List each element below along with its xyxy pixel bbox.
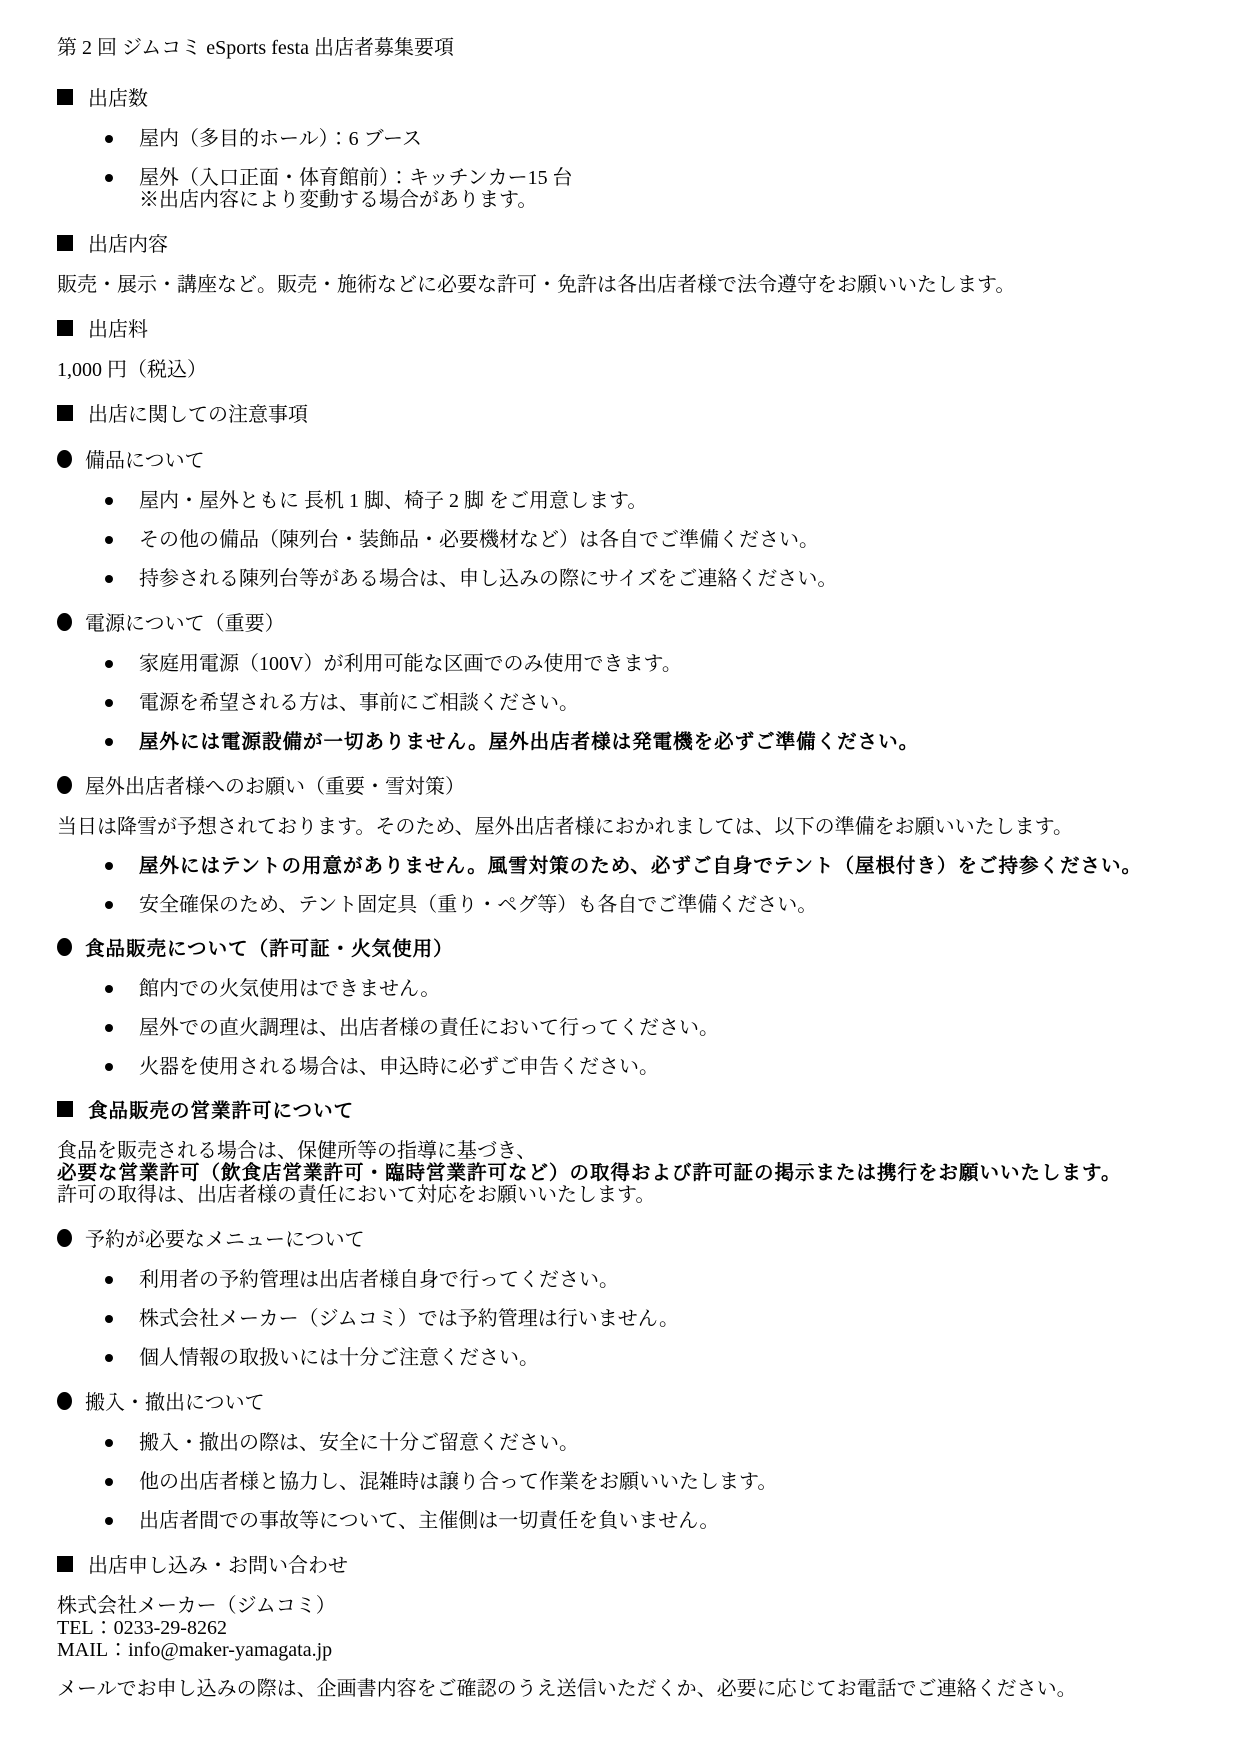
text-line: 屋外にはテントの用意がありません。風雪対策のため、必ずご自身でテント（屋根付き）… bbox=[139, 855, 1153, 877]
heading-text: 出店申し込み・お問い合わせ bbox=[88, 1549, 348, 1578]
bullet-dot-icon bbox=[105, 660, 113, 668]
bullet-item: 個人情報の取扱いには十分ご注意ください。 bbox=[105, 1347, 1153, 1369]
bullet-dot-icon bbox=[105, 985, 113, 993]
bullet-item: 屋外には電源設備が一切ありません。屋外出店者様は発電機を必ずご準備ください。 bbox=[105, 731, 1153, 753]
text-lines: 屋外にはテントの用意がありません。風雪対策のため、必ずご自身でテント（屋根付き）… bbox=[139, 855, 1153, 877]
bullet-item: 屋外での直火調理は、出店者様の責任において行ってください。 bbox=[105, 1017, 1153, 1039]
bullet-item: 屋内・屋外ともに 長机 1 脚、椅子 2 脚 をご用意します。 bbox=[105, 490, 1153, 512]
text-lines: 株式会社メーカー（ジムコミ）では予約管理は行いません。 bbox=[139, 1308, 1153, 1330]
bullet-item: 利用者の予約管理は出店者様自身で行ってください。 bbox=[105, 1269, 1153, 1291]
text-line: 出店者間での事故等について、主催側は一切責任を負いません。 bbox=[139, 1510, 1153, 1532]
section-heading: 電源について（重要） bbox=[57, 607, 1153, 636]
text-line: 株式会社メーカー（ジムコミ）では予約管理は行いません。 bbox=[139, 1308, 1153, 1330]
text-lines: 搬入・撤出の際は、安全に十分ご留意ください。 bbox=[139, 1432, 1153, 1454]
circle-marker-icon bbox=[57, 450, 72, 468]
bullet-dot-icon bbox=[105, 738, 113, 746]
bullet-item: 火器を使用される場合は、申込時に必ずご申告ください。 bbox=[105, 1056, 1153, 1078]
text-lines: 安全確保のため、テント固定具（重り・ペグ等）も各自でご準備ください。 bbox=[139, 894, 1153, 916]
text-line: 電源を希望される方は、事前にご相談ください。 bbox=[139, 692, 1153, 714]
text-lines: 館内での火気使用はできません。 bbox=[139, 978, 1153, 1000]
text-line: 1,000 円（税込） bbox=[57, 359, 1153, 381]
heading-text: 電源について（重要） bbox=[85, 607, 285, 636]
paragraph: 当日は降雪が予想されております。そのため、屋外出店者様におかれましては、以下の準… bbox=[57, 816, 1153, 838]
text-line: 屋外での直火調理は、出店者様の責任において行ってください。 bbox=[139, 1017, 1153, 1039]
heading-text: 予約が必要なメニューについて bbox=[85, 1223, 365, 1252]
text-lines: メールでお申し込みの際は、企画書内容をご確認のうえ送信いただくか、必要に応じてお… bbox=[57, 1678, 1153, 1700]
document-page: 第 2 回 ジムコミ eSports festa 出店者募集要項 出店数屋内（多… bbox=[0, 0, 1241, 1755]
text-lines: 火器を使用される場合は、申込時に必ずご申告ください。 bbox=[139, 1056, 1153, 1078]
text-lines: 屋外には電源設備が一切ありません。屋外出店者様は発電機を必ずご準備ください。 bbox=[139, 731, 1153, 753]
bullet-item: 株式会社メーカー（ジムコミ）では予約管理は行いません。 bbox=[105, 1308, 1153, 1330]
square-marker-icon bbox=[57, 405, 73, 421]
circle-marker-icon bbox=[57, 776, 72, 794]
heading-text: 食品販売の営業許可について bbox=[88, 1095, 354, 1123]
text-line: メールでお申し込みの際は、企画書内容をご確認のうえ送信いただくか、必要に応じてお… bbox=[57, 1678, 1153, 1700]
text-line: 必要な営業許可（飲食店営業許可・臨時営業許可など）の取得および許可証の掲示または… bbox=[57, 1162, 1153, 1184]
text-line: 館内での火気使用はできません。 bbox=[139, 978, 1153, 1000]
text-line: 火器を使用される場合は、申込時に必ずご申告ください。 bbox=[139, 1056, 1153, 1078]
bullet-dot-icon bbox=[105, 497, 113, 505]
circle-marker-icon bbox=[57, 613, 72, 631]
bullet-item: 屋内（多目的ホール）：6 ブース bbox=[105, 128, 1153, 150]
bullet-item: 他の出店者様と協力し、混雑時は譲り合って作業をお願いいたします。 bbox=[105, 1471, 1153, 1493]
bullet-item: 屋外にはテントの用意がありません。風雪対策のため、必ずご自身でテント（屋根付き）… bbox=[105, 855, 1153, 877]
heading-text: 出店数 bbox=[88, 82, 148, 111]
bullet-dot-icon bbox=[105, 536, 113, 544]
bullet-item: 搬入・撤出の際は、安全に十分ご留意ください。 bbox=[105, 1432, 1153, 1454]
text-lines: 1,000 円（税込） bbox=[57, 359, 1153, 381]
text-line: 許可の取得は、出店者様の責任において対応をお願いいたします。 bbox=[57, 1184, 1153, 1206]
text-line: 食品を販売される場合は、保健所等の指導に基づき、 bbox=[57, 1140, 1153, 1162]
text-line: 当日は降雪が予想されております。そのため、屋外出店者様におかれましては、以下の準… bbox=[57, 816, 1153, 838]
paragraph: メールでお申し込みの際は、企画書内容をご確認のうえ送信いただくか、必要に応じてお… bbox=[57, 1678, 1153, 1700]
section-heading: 出店数 bbox=[57, 82, 1153, 111]
text-lines: 屋内（多目的ホール）：6 ブース bbox=[139, 128, 1153, 150]
paragraph: 1,000 円（税込） bbox=[57, 359, 1153, 381]
text-line: 屋内・屋外ともに 長机 1 脚、椅子 2 脚 をご用意します。 bbox=[139, 490, 1153, 512]
text-line: MAIL：info@maker-yamagata.jp bbox=[57, 1639, 1153, 1661]
circle-marker-icon bbox=[57, 938, 72, 956]
circle-marker-icon bbox=[57, 1392, 72, 1410]
text-lines: 持参される陳列台等がある場合は、申し込みの際にサイズをご連絡ください。 bbox=[139, 568, 1153, 590]
text-line: その他の備品（陳列台・装飾品・必要機材など）は各自でご準備ください。 bbox=[139, 529, 1153, 551]
heading-text: 備品について bbox=[85, 444, 205, 473]
heading-text: 出店に関しての注意事項 bbox=[88, 398, 308, 427]
bullet-dot-icon bbox=[105, 1276, 113, 1284]
text-lines: 屋内・屋外ともに 長机 1 脚、椅子 2 脚 をご用意します。 bbox=[139, 490, 1153, 512]
text-lines: その他の備品（陳列台・装飾品・必要機材など）は各自でご準備ください。 bbox=[139, 529, 1153, 551]
square-marker-icon bbox=[57, 1101, 73, 1117]
text-line: 個人情報の取扱いには十分ご注意ください。 bbox=[139, 1347, 1153, 1369]
heading-text: 搬入・撤出について bbox=[85, 1386, 265, 1415]
paragraph: 食品を販売される場合は、保健所等の指導に基づき、必要な営業許可（飲食店営業許可・… bbox=[57, 1140, 1153, 1206]
section-heading: 出店内容 bbox=[57, 228, 1153, 257]
document-title: 第 2 回 ジムコミ eSports festa 出店者募集要項 bbox=[57, 36, 1153, 60]
bullet-dot-icon bbox=[105, 699, 113, 707]
paragraph: 株式会社メーカー（ジムコミ）TEL：0233-29-8262MAIL：info@… bbox=[57, 1595, 1153, 1661]
bullet-dot-icon bbox=[105, 575, 113, 583]
heading-text: 食品販売について（許可証・火気使用） bbox=[85, 933, 454, 961]
section-heading: 予約が必要なメニューについて bbox=[57, 1223, 1153, 1252]
heading-text: 屋外出店者様へのお願い（重要・雪対策） bbox=[85, 770, 465, 799]
text-line: 家庭用電源（100V）が利用可能な区画でのみ使用できます。 bbox=[139, 653, 1153, 675]
text-line: 利用者の予約管理は出店者様自身で行ってください。 bbox=[139, 1269, 1153, 1291]
bullet-dot-icon bbox=[105, 862, 113, 870]
section-heading: 出店料 bbox=[57, 313, 1153, 342]
square-marker-icon bbox=[57, 320, 73, 336]
text-line: 持参される陳列台等がある場合は、申し込みの際にサイズをご連絡ください。 bbox=[139, 568, 1153, 590]
bullet-item: 安全確保のため、テント固定具（重り・ペグ等）も各自でご準備ください。 bbox=[105, 894, 1153, 916]
document-body: 出店数屋内（多目的ホール）：6 ブース屋外（入口正面・体育館前）：キッチンカー1… bbox=[57, 82, 1153, 1700]
heading-text: 出店料 bbox=[88, 313, 148, 342]
text-lines: 出店者間での事故等について、主催側は一切責任を負いません。 bbox=[139, 1510, 1153, 1532]
text-line: 販売・展示・講座など。販売・施術などに必要な許可・免許は各出店者様で法令遵守をお… bbox=[57, 274, 1153, 296]
text-line: 株式会社メーカー（ジムコミ） bbox=[57, 1595, 1153, 1617]
text-line: ※出店内容により変動する場合があります。 bbox=[139, 189, 1153, 211]
text-lines: 販売・展示・講座など。販売・施術などに必要な許可・免許は各出店者様で法令遵守をお… bbox=[57, 274, 1153, 296]
bullet-dot-icon bbox=[105, 1024, 113, 1032]
section-heading: 食品販売について（許可証・火気使用） bbox=[57, 933, 1153, 961]
section-heading: 出店申し込み・お問い合わせ bbox=[57, 1549, 1153, 1578]
square-marker-icon bbox=[57, 1556, 73, 1572]
text-line: 安全確保のため、テント固定具（重り・ペグ等）も各自でご準備ください。 bbox=[139, 894, 1153, 916]
text-lines: 電源を希望される方は、事前にご相談ください。 bbox=[139, 692, 1153, 714]
section-heading: 搬入・撤出について bbox=[57, 1386, 1153, 1415]
bullet-item: 電源を希望される方は、事前にご相談ください。 bbox=[105, 692, 1153, 714]
text-lines: 当日は降雪が予想されております。そのため、屋外出店者様におかれましては、以下の準… bbox=[57, 816, 1153, 838]
bullet-dot-icon bbox=[105, 1063, 113, 1071]
bullet-item: その他の備品（陳列台・装飾品・必要機材など）は各自でご準備ください。 bbox=[105, 529, 1153, 551]
bullet-item: 出店者間での事故等について、主催側は一切責任を負いません。 bbox=[105, 1510, 1153, 1532]
text-lines: 株式会社メーカー（ジムコミ）TEL：0233-29-8262MAIL：info@… bbox=[57, 1595, 1153, 1661]
bullet-dot-icon bbox=[105, 1517, 113, 1525]
text-line: TEL：0233-29-8262 bbox=[57, 1617, 1153, 1639]
text-line: 屋外（入口正面・体育館前）：キッチンカー15 台 bbox=[139, 167, 1153, 189]
bullet-item: 屋外（入口正面・体育館前）：キッチンカー15 台※出店内容により変動する場合があ… bbox=[105, 167, 1153, 211]
bullet-dot-icon bbox=[105, 174, 113, 182]
text-lines: 他の出店者様と協力し、混雑時は譲り合って作業をお願いいたします。 bbox=[139, 1471, 1153, 1493]
bullet-item: 持参される陳列台等がある場合は、申し込みの際にサイズをご連絡ください。 bbox=[105, 568, 1153, 590]
text-line: 屋内（多目的ホール）：6 ブース bbox=[139, 128, 1153, 150]
bullet-dot-icon bbox=[105, 1478, 113, 1486]
bullet-dot-icon bbox=[105, 1315, 113, 1323]
section-heading: 食品販売の営業許可について bbox=[57, 1095, 1153, 1123]
heading-text: 出店内容 bbox=[88, 228, 168, 257]
bullet-dot-icon bbox=[105, 1439, 113, 1447]
text-lines: 屋外（入口正面・体育館前）：キッチンカー15 台※出店内容により変動する場合があ… bbox=[139, 167, 1153, 211]
square-marker-icon bbox=[57, 89, 73, 105]
bullet-dot-icon bbox=[105, 135, 113, 143]
text-lines: 屋外での直火調理は、出店者様の責任において行ってください。 bbox=[139, 1017, 1153, 1039]
text-line: 搬入・撤出の際は、安全に十分ご留意ください。 bbox=[139, 1432, 1153, 1454]
section-heading: 屋外出店者様へのお願い（重要・雪対策） bbox=[57, 770, 1153, 799]
bullet-dot-icon bbox=[105, 1354, 113, 1362]
text-line: 他の出店者様と協力し、混雑時は譲り合って作業をお願いいたします。 bbox=[139, 1471, 1153, 1493]
section-heading: 備品について bbox=[57, 444, 1153, 473]
bullet-item: 館内での火気使用はできません。 bbox=[105, 978, 1153, 1000]
text-line: 屋外には電源設備が一切ありません。屋外出店者様は発電機を必ずご準備ください。 bbox=[139, 731, 1153, 753]
square-marker-icon bbox=[57, 235, 73, 251]
section-heading: 出店に関しての注意事項 bbox=[57, 398, 1153, 427]
text-lines: 利用者の予約管理は出店者様自身で行ってください。 bbox=[139, 1269, 1153, 1291]
bullet-item: 家庭用電源（100V）が利用可能な区画でのみ使用できます。 bbox=[105, 653, 1153, 675]
text-lines: 食品を販売される場合は、保健所等の指導に基づき、必要な営業許可（飲食店営業許可・… bbox=[57, 1140, 1153, 1206]
bullet-dot-icon bbox=[105, 901, 113, 909]
paragraph: 販売・展示・講座など。販売・施術などに必要な許可・免許は各出店者様で法令遵守をお… bbox=[57, 274, 1153, 296]
text-lines: 個人情報の取扱いには十分ご注意ください。 bbox=[139, 1347, 1153, 1369]
circle-marker-icon bbox=[57, 1229, 72, 1247]
text-lines: 家庭用電源（100V）が利用可能な区画でのみ使用できます。 bbox=[139, 653, 1153, 675]
